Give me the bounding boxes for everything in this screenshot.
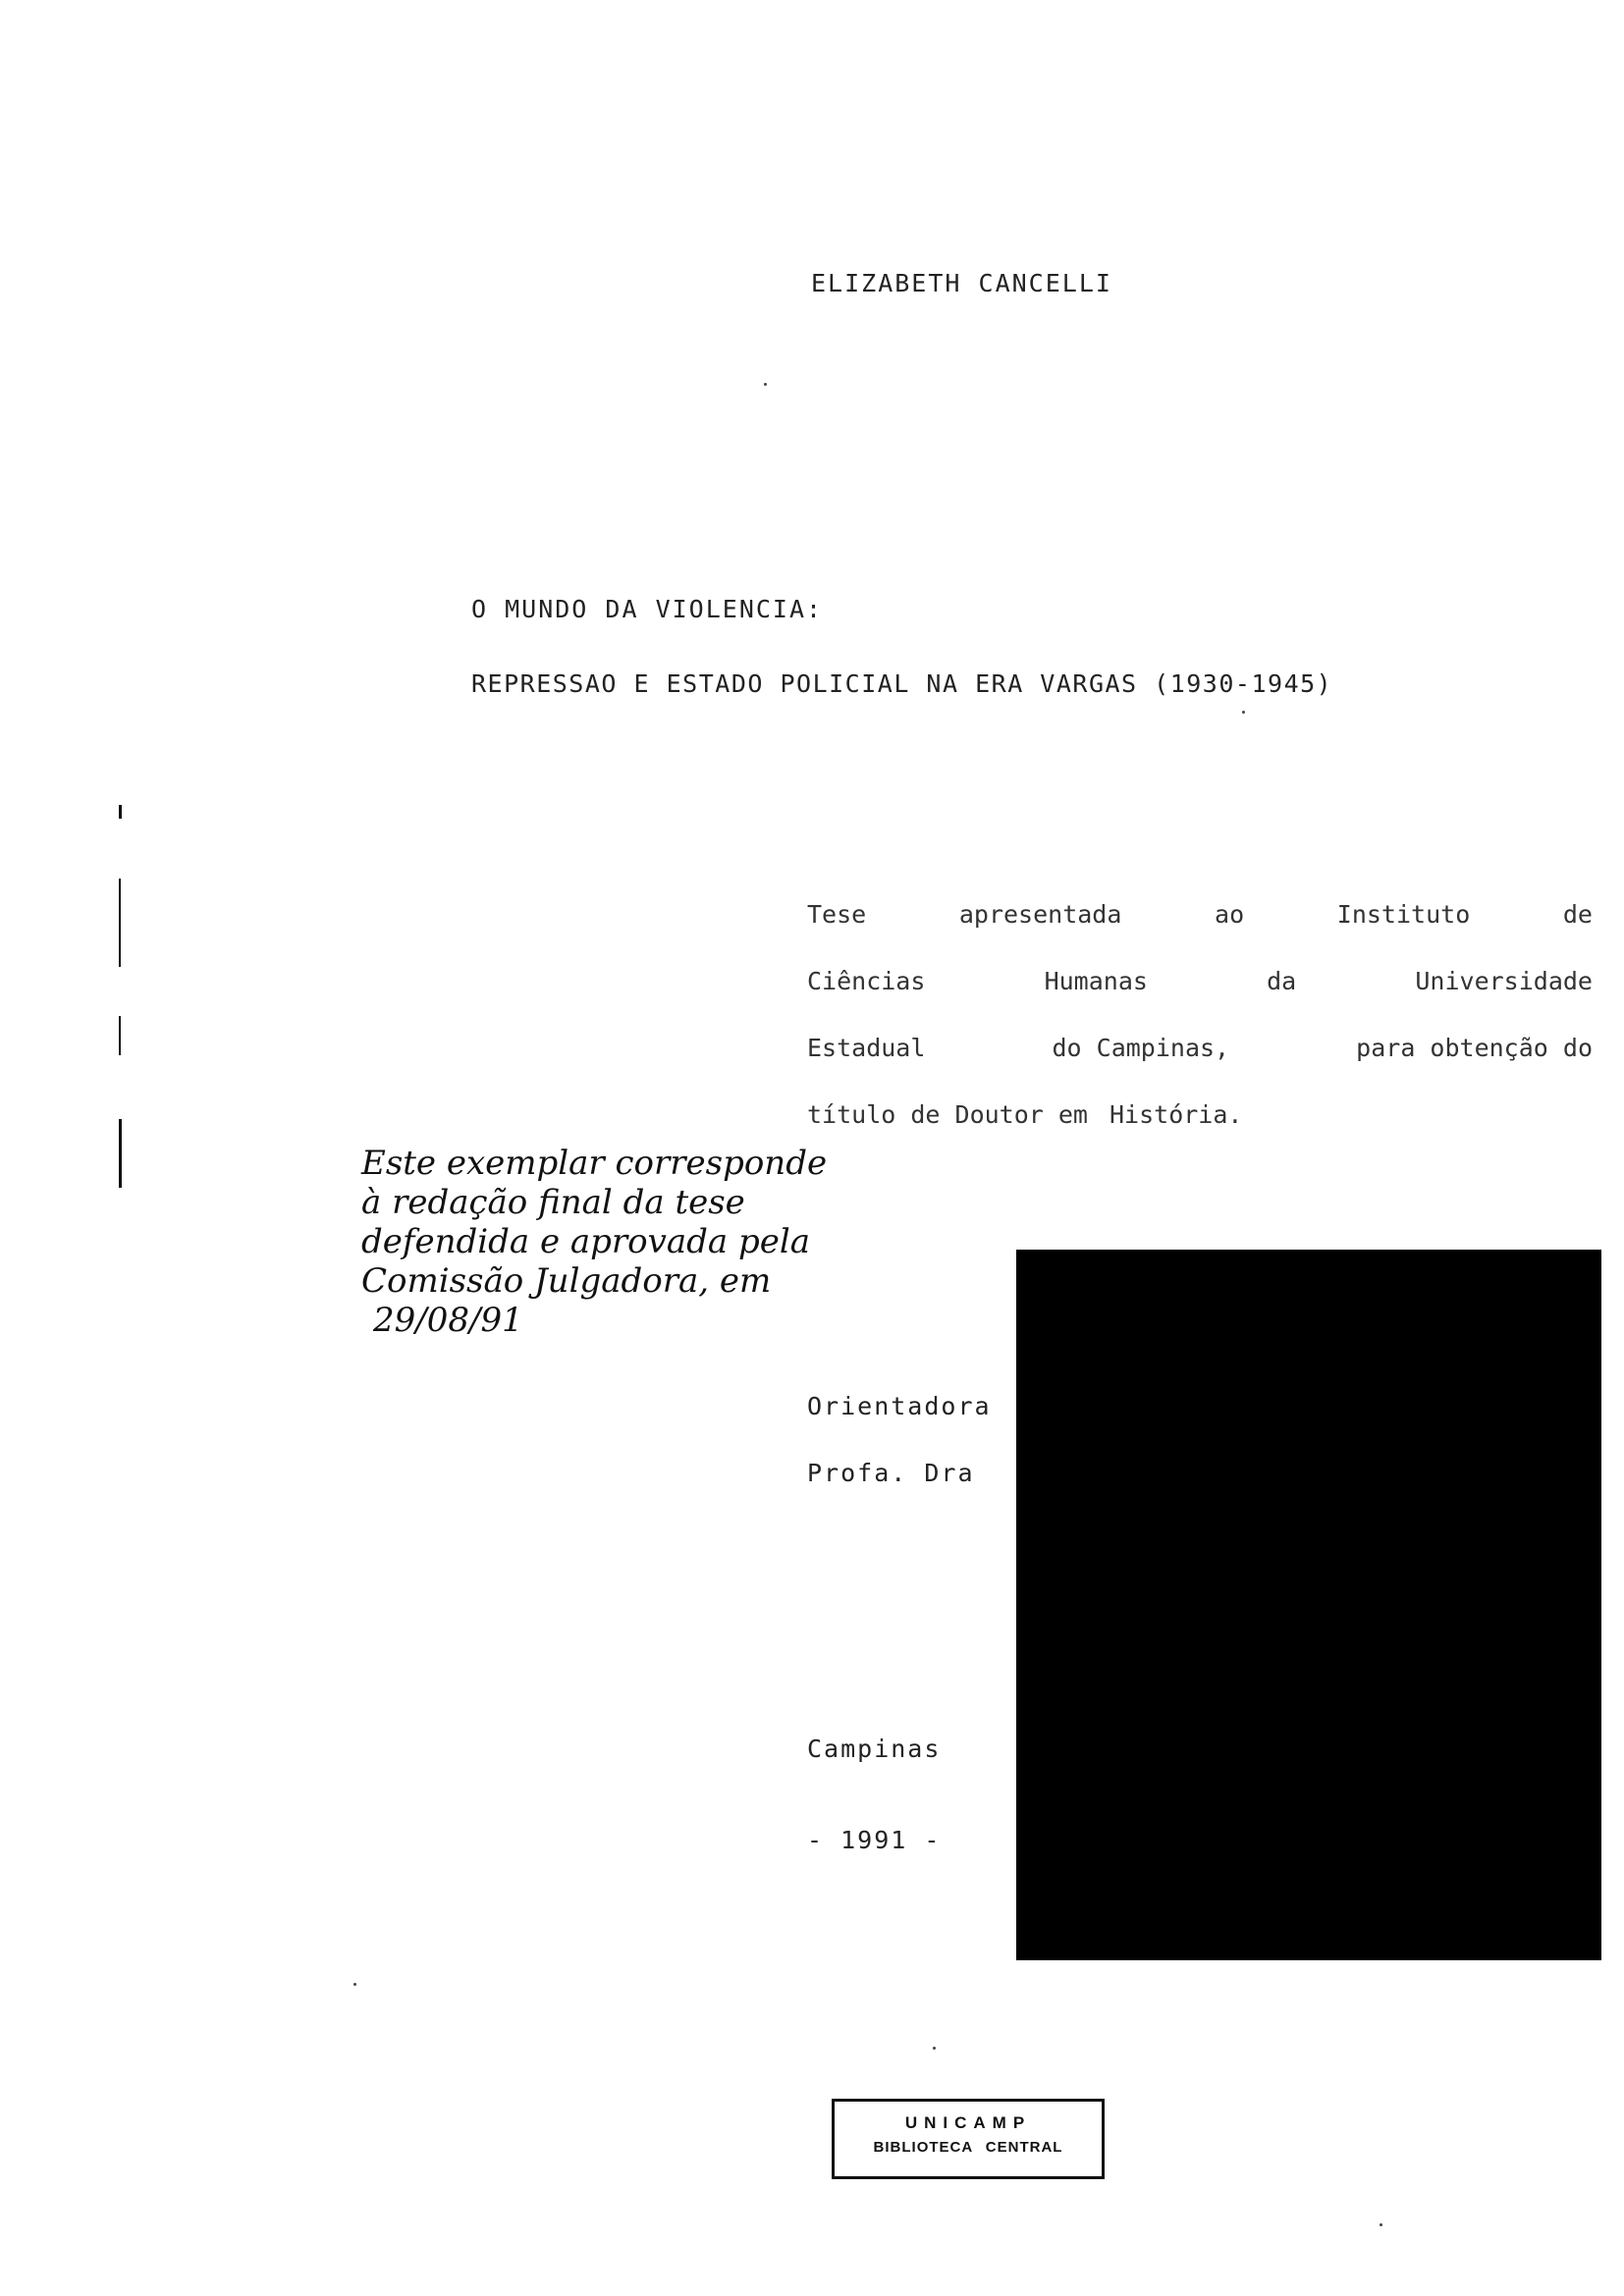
thesis-title: O MUNDO DA VIOLENCIA: bbox=[471, 595, 823, 623]
thesis-statement: Tese apresentada ao Instituto de Ciência… bbox=[807, 895, 1593, 1162]
word: título de Doutor em bbox=[807, 1095, 1088, 1162]
handwritten-line: defendida e aprovada pela bbox=[361, 1222, 827, 1261]
scan-speck bbox=[353, 1983, 356, 1986]
word: Instituto bbox=[1337, 895, 1470, 962]
word: Tese bbox=[807, 895, 866, 962]
library-stamp: UNICAMP BIBLIOTECA CENTRAL bbox=[832, 2099, 1105, 2179]
word: ao bbox=[1215, 895, 1244, 962]
year: - 1991 - bbox=[807, 1826, 941, 1854]
stamp-line-2: BIBLIOTECA CENTRAL bbox=[835, 2139, 1102, 2156]
city: Campinas bbox=[807, 1735, 941, 1763]
thesis-line: Tese apresentada ao Instituto de bbox=[807, 895, 1593, 962]
scan-speck bbox=[1380, 2223, 1382, 2226]
word: do Campinas, bbox=[1052, 1029, 1229, 1095]
handwritten-line: Comissão Julgadora, em bbox=[361, 1261, 827, 1301]
handwritten-note: Este exemplar corresponde à redação fina… bbox=[361, 1144, 827, 1340]
word: Universidade bbox=[1415, 962, 1593, 1029]
stamp-line-1: UNICAMP bbox=[835, 2113, 1102, 2133]
handwritten-line: à redação final da tese bbox=[361, 1183, 827, 1222]
redaction-box bbox=[1016, 1250, 1601, 1960]
thesis-line: Ciências Humanas da Universidade bbox=[807, 962, 1593, 1029]
word: História. bbox=[1110, 1095, 1242, 1162]
handwritten-line: Este exemplar corresponde bbox=[361, 1144, 827, 1183]
word: da bbox=[1267, 962, 1296, 1029]
scan-mark bbox=[119, 1016, 121, 1055]
thesis-subtitle: REPRESSAO E ESTADO POLICIAL NA ERA VARGA… bbox=[471, 669, 1332, 698]
thesis-line: título de Doutor em História. bbox=[807, 1095, 1593, 1162]
scan-mark bbox=[119, 805, 122, 819]
thesis-line: Estadual do Campinas, para obtenção do bbox=[807, 1029, 1593, 1095]
word: Humanas bbox=[1045, 962, 1148, 1029]
scan-mark bbox=[119, 879, 121, 967]
word: Estadual bbox=[807, 1029, 925, 1095]
word: para obtenção do bbox=[1356, 1029, 1593, 1095]
author-name: ELIZABETH CANCELLI bbox=[811, 269, 1112, 297]
scan-speck bbox=[764, 383, 767, 386]
word: Ciências bbox=[807, 962, 925, 1029]
handwritten-date: 29/08/91 bbox=[373, 1301, 827, 1340]
scan-mark bbox=[119, 1119, 122, 1188]
scan-speck bbox=[1242, 711, 1245, 714]
word: de bbox=[1563, 895, 1593, 962]
scan-speck bbox=[933, 2047, 936, 2050]
word: apresentada bbox=[959, 895, 1122, 962]
advisor-label: Orientadora bbox=[807, 1392, 992, 1420]
advisor-name: Profa. Dra bbox=[807, 1459, 975, 1487]
